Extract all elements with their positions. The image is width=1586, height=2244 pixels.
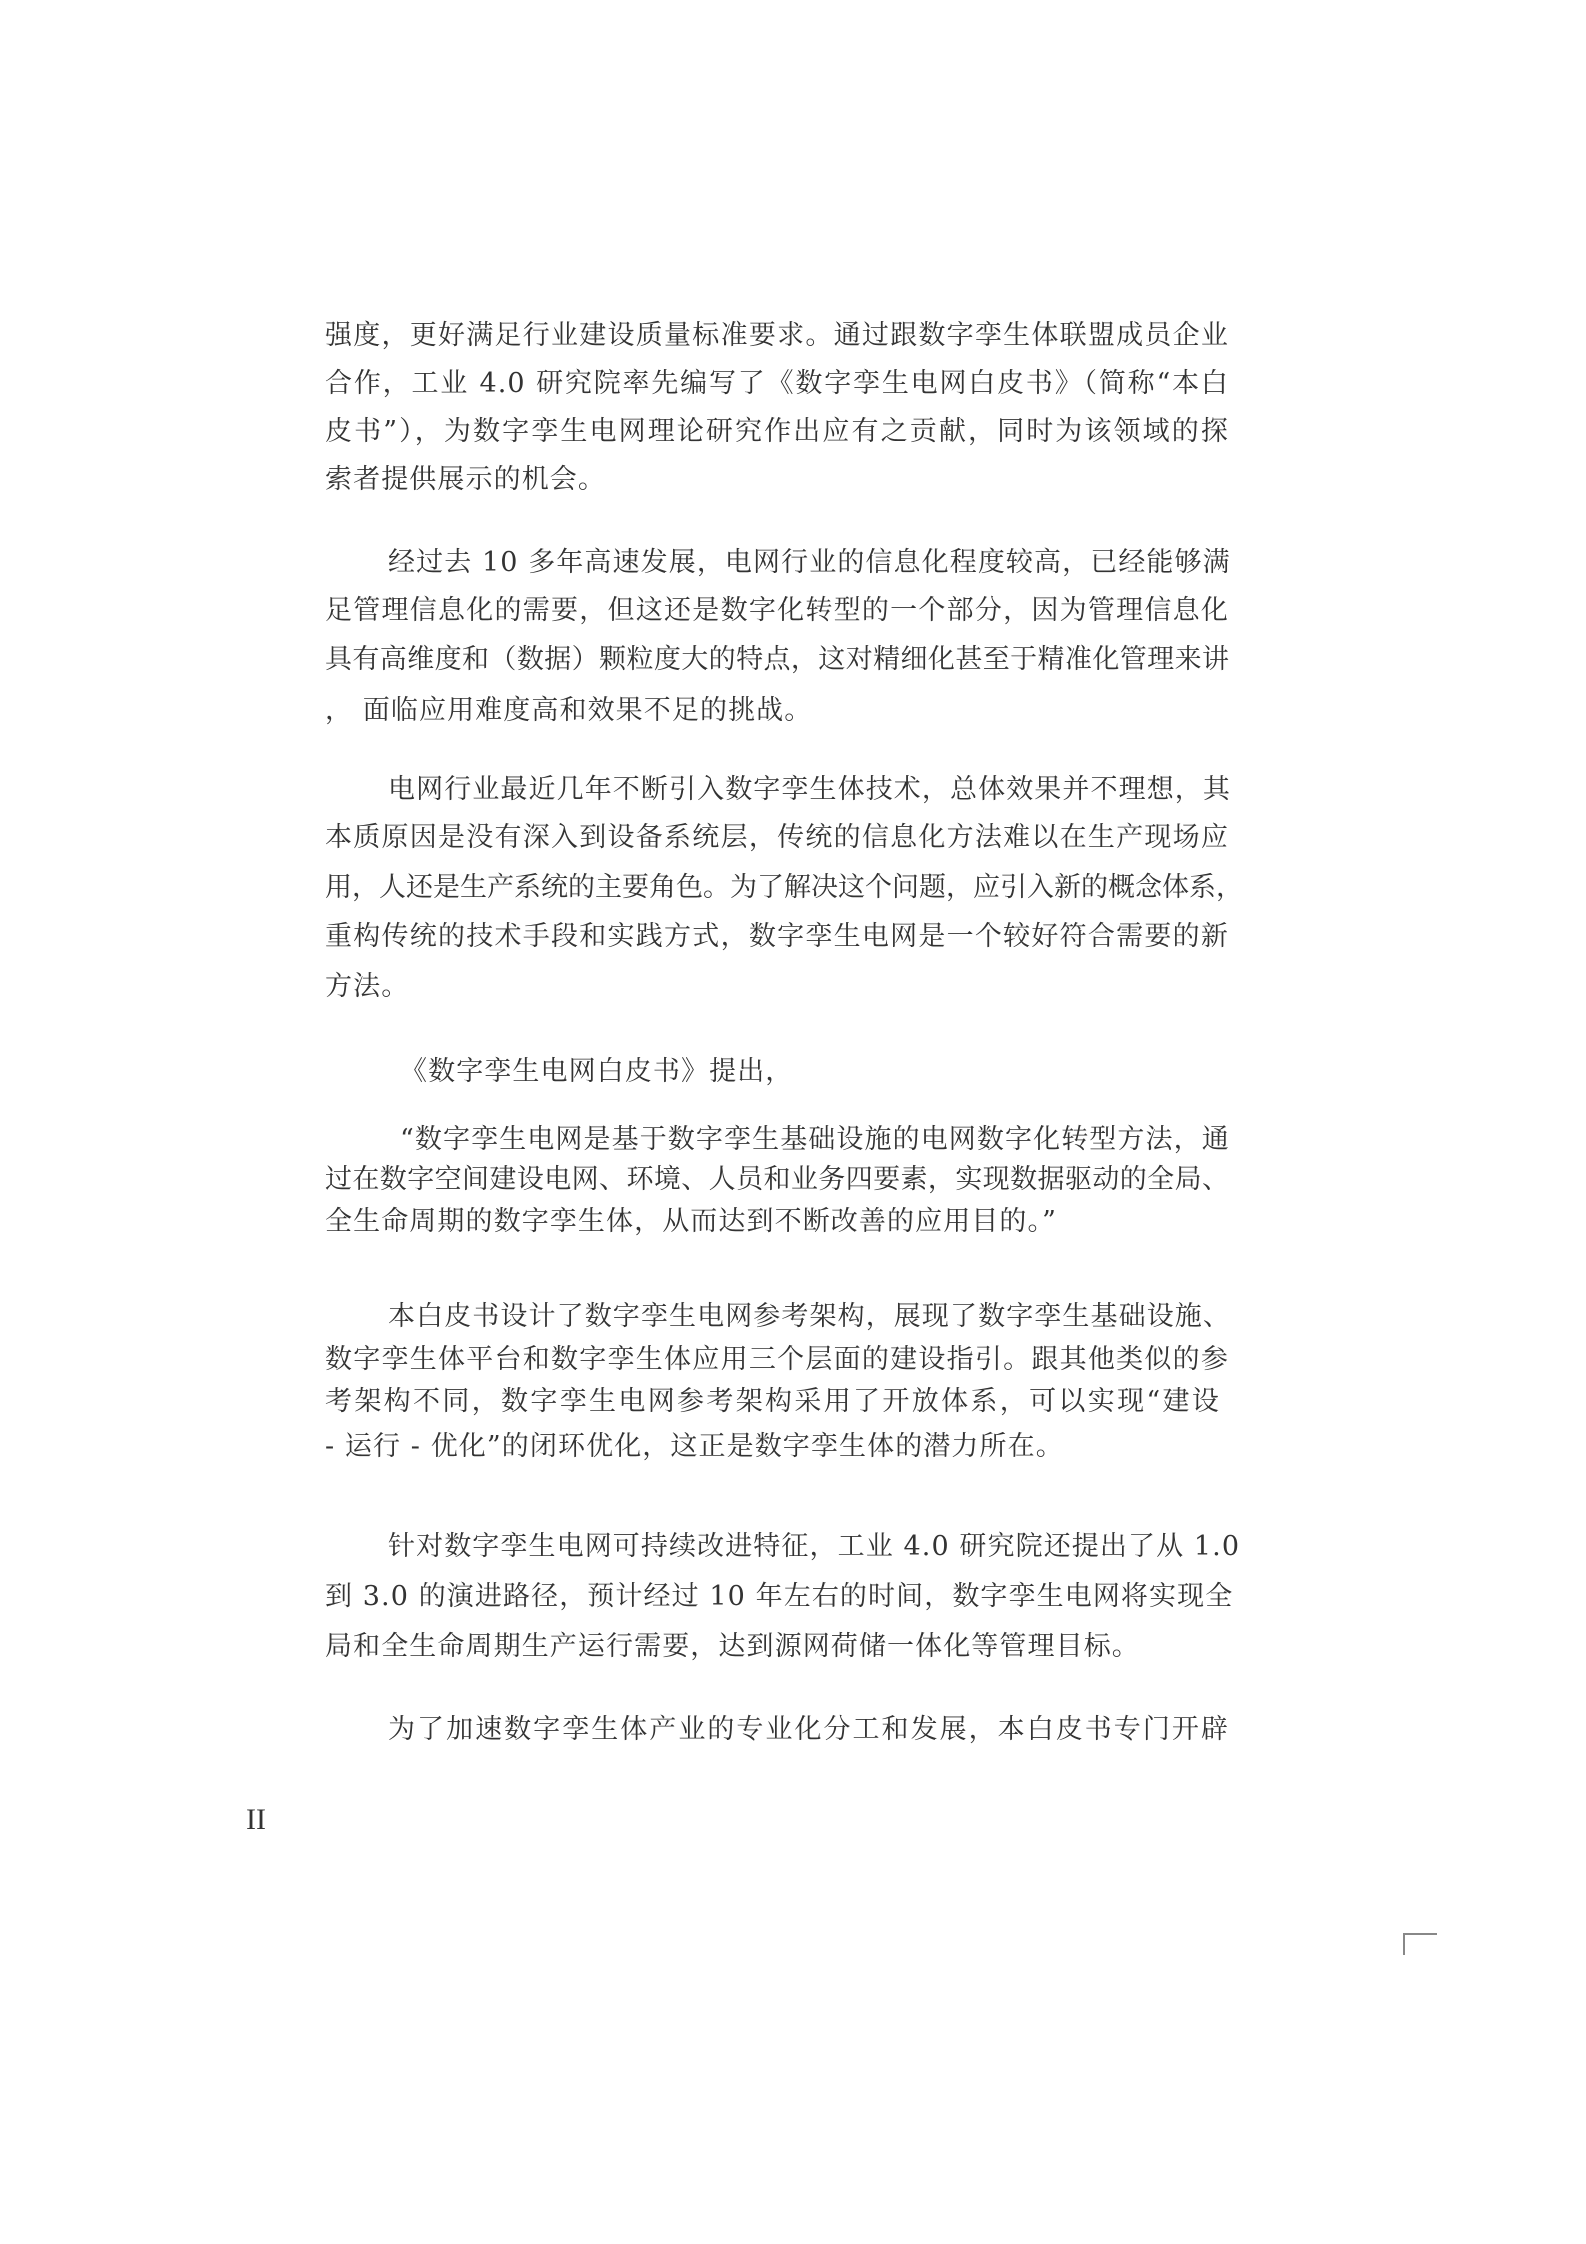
quote-line-2: 过在数字空间建设电网、环境、人员和业务四要素，实现数据驱动的全局、 [325,1162,1229,1198]
paragraph-4-line-1: 《数字孪生电网白皮书》提出， [400,1054,1229,1090]
paragraph-6-line-3: 考架构不同，数字孪生电网参考架构采用了开放体系，可以实现“建设 [325,1384,1220,1420]
paragraph-6-line-2: 数字孪生体平台和数字孪生体应用三个层面的建设指引。跟其他类似的参 [325,1342,1229,1378]
paragraph-2-line-2: 足管理信息化的需要，但这还是数字化转型的一个部分，因为管理信息化 [325,593,1229,629]
paragraph-2-line-1: 经过去 10 多年高速发展，电网行业的信息化程度较高，已经能够满 [388,545,1229,581]
paragraph-7-line-1: 针对数字孪生电网可持续改进特征，工业 4.0 研究院还提出了从 1.0 [388,1529,1229,1565]
paragraph-2-line-3: 具有高维度和（数据）颗粒度大的特点，这对精细化甚至于精准化管理来讲 [325,642,1229,678]
paragraph-6-line-1: 本白皮书设计了数字孪生电网参考架构，展现了数字孪生基础设施、 [388,1299,1218,1335]
paragraph-2-line-4: ， 面临应用难度高和效果不足的挑战。 [325,693,1229,729]
paragraph-7-line-2: 到 3.0 的演进路径，预计经过 10 年左右的时间，数字孪生电网将实现全 [325,1579,1229,1615]
paragraph-6-line-4: - 运行 - 优化”的闭环优化，这正是数字孪生体的潜力所在。 [325,1429,1229,1465]
paragraph-3-line-2: 本质原因是没有深入到设备系统层，传统的信息化方法难以在生产现场应 [325,820,1229,856]
crop-mark [1403,1933,1437,1955]
paragraph-7-line-3: 局和全生命周期生产运行需要，达到源网荷储一体化等管理目标。 [325,1629,1229,1665]
page-number: II [246,1804,266,1836]
paragraph-3-line-5: 方法。 [325,969,1229,1005]
paragraph-8-line-1: 为了加速数字孪生体产业的专业化分工和发展，本白皮书专门开辟 [388,1712,1229,1748]
quote-line-1: “数字孪生电网是基于数字孪生基础设施的电网数字化转型方法，通 [400,1122,1229,1158]
paragraph-1-line-3: 皮书”），为数字孪生电网理论研究作出应有之贡献，同时为该领域的探 [325,414,1229,450]
paragraph-1-line-4: 索者提供展示的机会。 [325,462,1229,498]
quote-line-3: 全生命周期的数字孪生体，从而达到不断改善的应用目的。” [325,1204,1229,1240]
paragraph-1-line-1: 强度，更好满足行业建设质量标准要求。通过跟数字孪生体联盟成员企业 [325,318,1229,354]
paragraph-3-line-4: 重构传统的技术手段和实践方式，数字孪生电网是一个较好符合需要的新 [325,919,1229,955]
paragraph-3-line-3: 用，人还是生产系统的主要角色。为了解决这个问题，应引入新的概念体系， [325,870,1229,906]
paragraph-1-line-2: 合作，工业 4.0 研究院率先编写了《数字孪生电网白皮书》（简称“本白 [325,366,1229,402]
document-page: 强度，更好满足行业建设质量标准要求。通过跟数字孪生体联盟成员企业 合作，工业 4… [0,0,1586,2244]
paragraph-3-line-1: 电网行业最近几年不断引入数字孪生体技术，总体效果并不理想，其 [388,772,1229,808]
